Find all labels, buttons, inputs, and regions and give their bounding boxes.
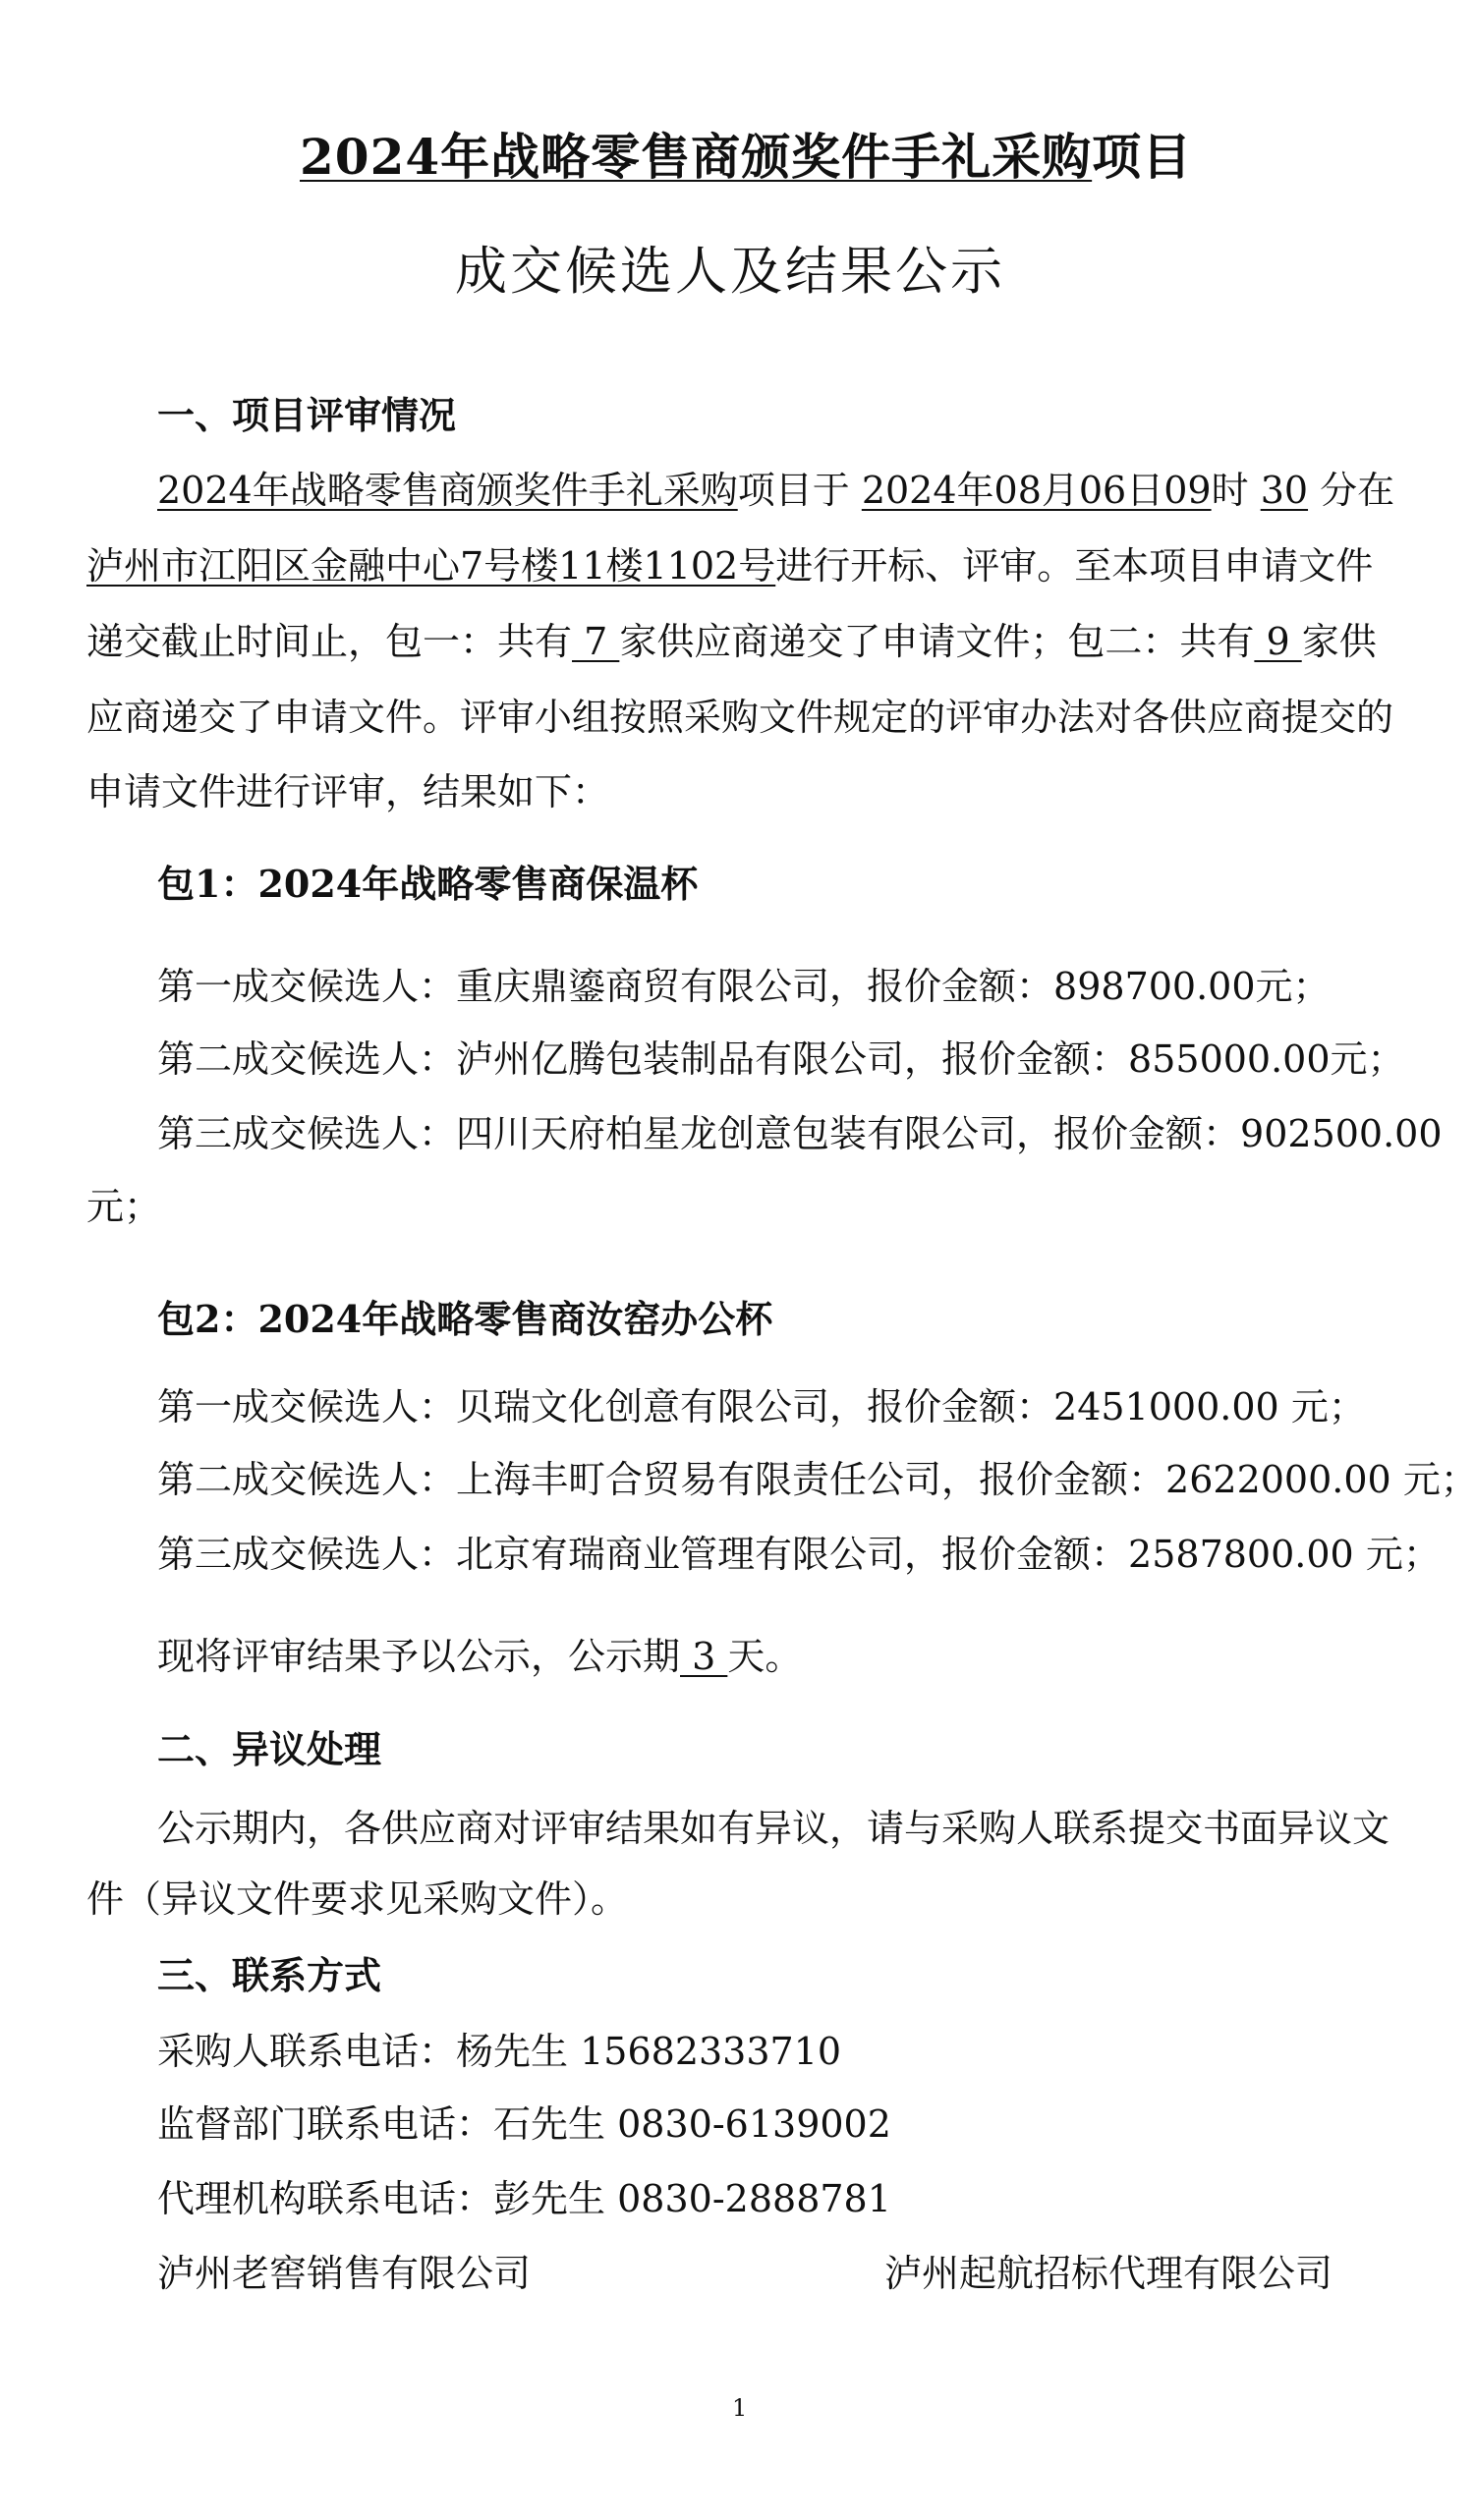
price-label: ，报价金额： (829, 965, 1053, 1008)
contact-name: 石先生 (493, 2102, 605, 2146)
package2-candidate-2: 第二成交候选人：上海丰町合贸易有限责任公司，报价金额：2622000.00 元； (157, 1457, 1474, 1502)
contact-supervisor: 监督部门联系电话：石先生 0830-6139002 (157, 2101, 891, 2147)
text-segment: 申请文件进行评审，结果如下： (86, 770, 609, 813)
price-unit: 元； (1256, 965, 1331, 1008)
candidate-rank: 第三成交候选人： (157, 1112, 456, 1155)
price-label: ，报价金额： (904, 1037, 1128, 1081)
candidate-company: 北京宥瑞商业管理有限公司 (456, 1533, 904, 1576)
contact-name: 彭先生 (493, 2177, 605, 2220)
opening-location: 泸州市江阳区金融中心7号楼11楼1102号 (86, 544, 775, 588)
text-segment: 项目于 (738, 469, 862, 512)
package2-heading: 包2：2024年战略零售商汝窑办公杯 (157, 1297, 772, 1342)
candidate-rank: 第三成交候选人： (157, 1533, 456, 1576)
text-segment: 进行开标、评审。至本项目申请文件 (775, 544, 1373, 588)
contact-purchaser: 采购人联系电话：杨先生 15682333710 (157, 2029, 841, 2074)
section1-paragraph-line-2: 泸州市江阳区金融中心7号楼11楼1102号进行开标、评审。至本项目申请文件 (86, 543, 1373, 588)
text-segment: 现将评审结果予以公示，公示期 (157, 1635, 680, 1678)
section1-paragraph-line-3: 递交截止时间止，包一：共有 7 家供应商递交了申请文件；包二：共有 9 家供 (86, 619, 1377, 664)
contact-label: 采购人联系电话： (157, 2030, 456, 2073)
price-label: ，报价金额： (941, 1458, 1165, 1501)
contact-phone: 0830-2888781 (617, 2177, 891, 2220)
publicity-days: 3 (680, 1635, 727, 1678)
package1-candidate-3-unit-wrap: 元； (86, 1184, 161, 1229)
price-unit: 元； (1366, 1533, 1441, 1576)
candidate-company: 重庆鼎鎏商贸有限公司 (456, 965, 829, 1008)
text-segment: 递交截止时间止，包一：共有 (86, 620, 572, 663)
section2-paragraph-line-1: 公示期内，各供应商对评审结果如有异议，请与采购人联系提交书面异议文 (157, 1806, 1389, 1851)
section1-paragraph-line-5: 申请文件进行评审，结果如下： (86, 769, 609, 814)
contact-label: 代理机构联系电话： (157, 2177, 493, 2220)
package2-candidate-1: 第一成交候选人：贝瑞文化创意有限公司，报价金额：2451000.00 元； (157, 1384, 1366, 1429)
candidate-price: 855000.00 (1128, 1037, 1331, 1081)
section1-paragraph-line-4: 应商递交了申请文件。评审小组按照采购文件规定的评审办法对各供应商提交的 (86, 695, 1393, 740)
candidate-price: 2451000.00 (1053, 1385, 1279, 1428)
candidate-company: 泸州亿腾包装制品有限公司 (456, 1037, 904, 1081)
price-label: ，报价金额： (1016, 1112, 1240, 1155)
package1-candidate-2: 第二成交候选人：泸州亿腾包装制品有限公司，报价金额：855000.00元； (157, 1036, 1405, 1082)
contact-phone: 0830-6139002 (617, 2102, 891, 2146)
candidate-price: 902500.00 (1240, 1112, 1443, 1155)
section1-paragraph-line-1: 2024年战略零售商颁奖件手礼采购项目于 2024年08月06日09时 30 分… (157, 468, 1394, 513)
text-segment: 分在 (1308, 469, 1394, 512)
section3-heading: 三、联系方式 (157, 1953, 381, 1998)
contact-agency: 代理机构联系电话：彭先生 0830-2888781 (157, 2176, 891, 2221)
text-segment: 家供 (1302, 620, 1377, 663)
document-title-line1: 2024年战略零售商颁奖件手礼采购项目 (300, 128, 1192, 187)
price-unit: 元； (1291, 1385, 1366, 1428)
contact-name: 杨先生 (456, 2030, 568, 2073)
project-name: 2024年战略零售商颁奖件手礼采购 (157, 469, 738, 512)
section2-heading: 二、异议处理 (157, 1727, 381, 1772)
candidate-company: 四川天府柏星龙创意包装有限公司 (456, 1112, 1016, 1155)
signature-agency: 泸州起航招标代理有限公司 (884, 2251, 1332, 2296)
contact-phone: 15682333710 (580, 2030, 841, 2073)
candidate-price: 2622000.00 (1165, 1458, 1391, 1501)
price-unit: 元； (1331, 1037, 1405, 1081)
candidate-rank: 第一成交候选人： (157, 1385, 456, 1428)
text-segment: 时 (1212, 469, 1261, 512)
opening-date: 2024年08月06日09 (862, 469, 1212, 512)
package1-heading: 包1：2024年战略零售商保温杯 (157, 862, 698, 907)
candidate-price: 2587800.00 (1128, 1533, 1354, 1576)
document-title-line2: 成交候选人及结果公示 (455, 241, 1005, 304)
signature-purchaser: 泸州老窖销售有限公司 (157, 2251, 531, 2296)
package1-candidate-1: 第一成交候选人：重庆鼎鎏商贸有限公司，报价金额：898700.00元； (157, 964, 1331, 1009)
price-label: ，报价金额： (904, 1533, 1128, 1576)
page-number: 1 (732, 2385, 747, 2431)
text-segment: 天。 (727, 1635, 802, 1678)
package1-supplier-count: 7 (572, 620, 619, 663)
candidate-rank: 第二成交候选人： (157, 1458, 456, 1501)
price-label: ，报价金额： (829, 1385, 1053, 1428)
section2-paragraph-line-2: 件（异议文件要求见采购文件）。 (86, 1876, 628, 1922)
package1-candidate-3: 第三成交候选人：四川天府柏星龙创意包装有限公司，报价金额：902500.00 (157, 1111, 1443, 1156)
package2-candidate-3: 第三成交候选人：北京宥瑞商业管理有限公司，报价金额：2587800.00 元； (157, 1532, 1441, 1577)
text-segment: 家供应商递交了申请文件；包二：共有 (619, 620, 1254, 663)
candidate-rank: 第一成交候选人： (157, 965, 456, 1008)
candidate-rank: 第二成交候选人： (157, 1037, 456, 1081)
project-name-underlined: 2024年战略零售商颁奖件手礼采购 (300, 128, 1092, 186)
section1-heading: 一、项目评审情况 (157, 393, 456, 438)
title-suffix: 项目 (1092, 128, 1192, 186)
text-segment: 应商递交了申请文件。评审小组按照采购文件规定的评审办法对各供应商提交的 (86, 696, 1393, 739)
candidate-company: 上海丰町合贸易有限责任公司 (456, 1458, 941, 1501)
price-unit: 元； (1403, 1458, 1474, 1501)
contact-label: 监督部门联系电话： (157, 2102, 493, 2146)
publicity-period: 现将评审结果予以公示，公示期 3 天。 (157, 1634, 802, 1679)
package2-supplier-count: 9 (1254, 620, 1301, 663)
opening-minute: 30 (1261, 469, 1308, 512)
candidate-company: 贝瑞文化创意有限公司 (456, 1385, 829, 1428)
candidate-price: 898700.00 (1053, 965, 1256, 1008)
